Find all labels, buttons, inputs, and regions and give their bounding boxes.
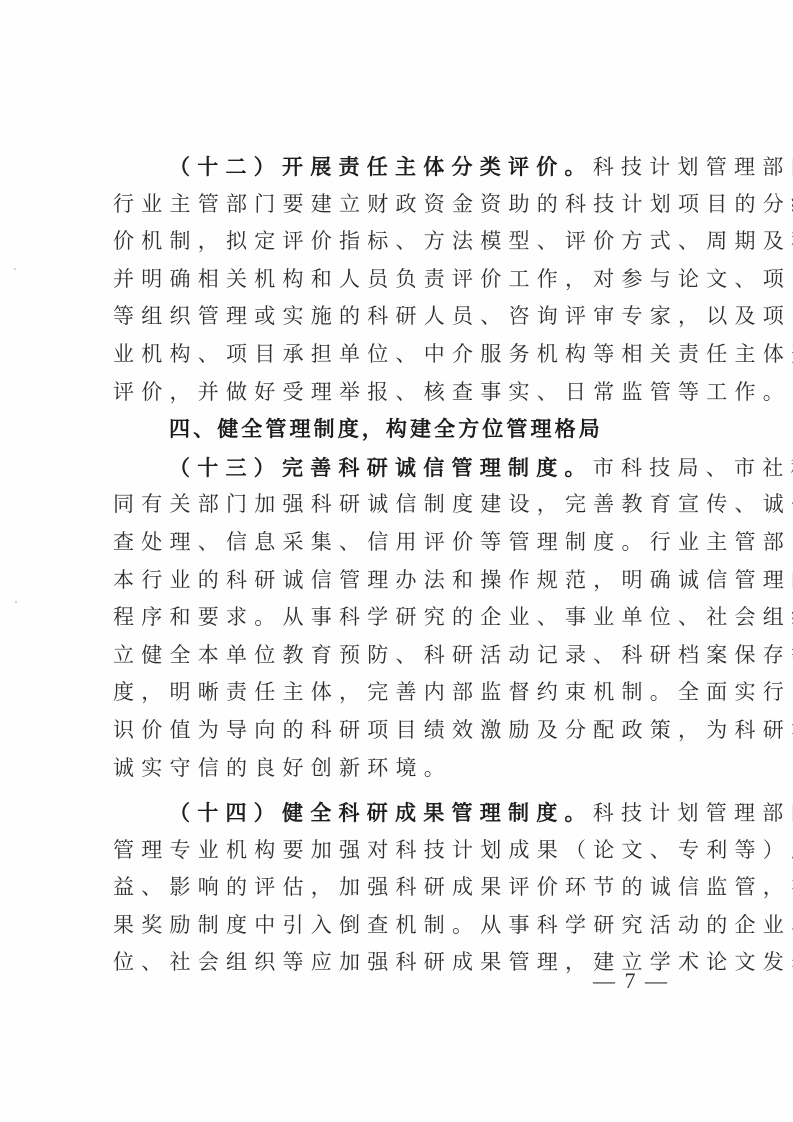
- paragraph-13-line-1: （十三）完善科研诚信管理制度。市科技局、市社科联要会: [113, 449, 681, 487]
- paragraph-14-text: 科技计划管理部门、项目: [593, 801, 793, 825]
- paragraph-13-line: 查处理、信息采集、信用评价等管理制度。行业主管部门要制定: [113, 524, 681, 562]
- page-number: — 7 —: [593, 968, 669, 994]
- paragraph-13-line: 程序和要求。从事科学研究的企业、事业单位、社会组织等应建: [113, 599, 681, 637]
- paragraph-14-line: 果奖励制度中引入倒查机制。从事科学研究活动的企业、事业单: [113, 907, 681, 945]
- scan-speck: [15, 601, 17, 603]
- section-heading: 四、健全管理制度，构建全方位管理格局: [113, 411, 681, 449]
- paragraph-12-line-1: （十二）开展责任主体分类评价。科技计划管理部门和相关: [113, 148, 681, 186]
- paragraph-13-line: 识价值为导向的科研项目绩效激励及分配政策，为科研活动营造: [113, 712, 681, 750]
- paragraph-12-text: 科技计划管理部门和相关: [593, 155, 793, 179]
- paragraph-14-line: 益、影响的评估，加强科研成果评价环节的诚信监管，在科技成: [113, 869, 681, 907]
- paragraph-13-line: 诚实守信的良好创新环境。: [113, 750, 681, 788]
- paragraph-13-text: 市科技局、市社科联要会: [593, 456, 793, 480]
- paragraph-14-line-1: （十四）健全科研成果管理制度。科技计划管理部门、项目: [113, 794, 681, 832]
- paragraph-13-line: 立健全本单位教育预防、科研活动记录、科研档案保存等各项制: [113, 637, 681, 675]
- paragraph-13-line: 本行业的科研诚信管理办法和操作规范，明确诚信管理的内容、: [113, 562, 681, 600]
- paragraph-13-lead: （十三）完善科研诚信管理制度。: [169, 455, 593, 480]
- paragraph-13-line: 同有关部门加强科研诚信制度建设，完善教育宣传、诚信案件调: [113, 486, 681, 524]
- paragraph-14-lead: （十四）健全科研成果管理制度。: [169, 800, 593, 825]
- paragraph-12-line: 价机制，拟定评价指标、方法模型、评价方式、周期及程序等，: [113, 223, 681, 261]
- paragraph-12-line: 业机构、项目承担单位、中介服务机构等相关责任主体开展诚信: [113, 336, 681, 374]
- paragraph-12-line: 行业主管部门要建立财政资金资助的科技计划项目的分级失信评: [113, 186, 681, 224]
- document-body: （十二）开展责任主体分类评价。科技计划管理部门和相关 行业主管部门要建立财政资金…: [113, 148, 681, 982]
- document-page: （十二）开展责任主体分类评价。科技计划管理部门和相关 行业主管部门要建立财政资金…: [0, 0, 793, 1122]
- paragraph-13-line: 度，明晰责任主体，完善内部监督约束机制。全面实行以增加知: [113, 674, 681, 712]
- paragraph-14-line: 管理专业机构要加强对科技计划成果（论文、专利等）质量、效: [113, 832, 681, 870]
- paragraph-spacer: [113, 787, 681, 794]
- paragraph-12-line: 并明确相关机构和人员负责评价工作，对参与论文、项目、专利: [113, 261, 681, 299]
- paragraph-12-line: 等组织管理或实施的科研人员、咨询评审专家，以及项目管理专: [113, 298, 681, 336]
- paragraph-12-line: 评价，并做好受理举报、核查事实、日常监管等工作。: [113, 374, 681, 412]
- scan-speck: [14, 268, 16, 270]
- paragraph-12-lead: （十二）开展责任主体分类评价。: [169, 154, 593, 179]
